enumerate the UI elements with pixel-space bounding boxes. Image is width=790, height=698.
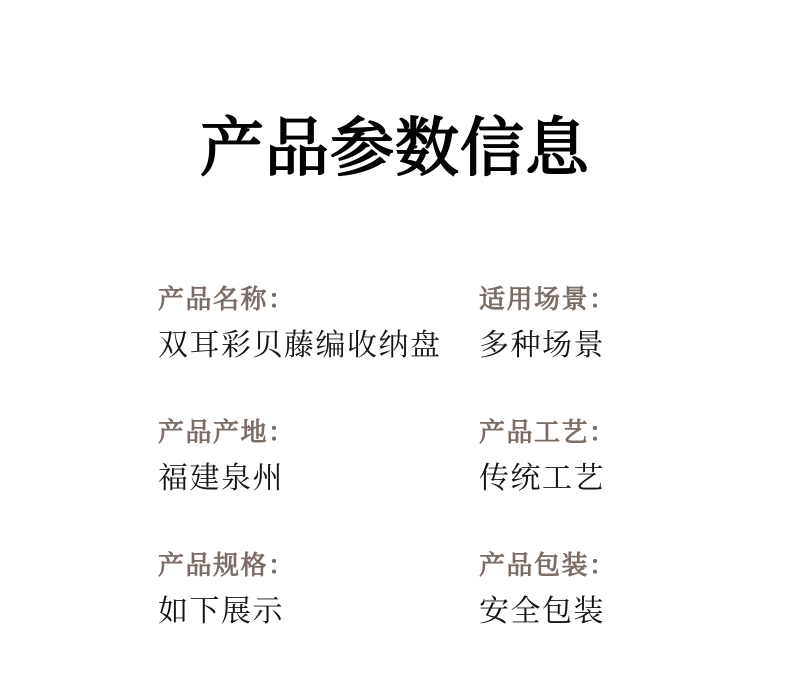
spec-label: 产品规格： [158,549,479,582]
spec-value: 如下展示 [158,594,479,630]
spec-value: 多种场景 [479,328,617,364]
spec-label: 产品名称： [158,283,479,316]
spec-label: 产品产地： [158,416,479,449]
spec-label: 适用场景： [479,283,617,316]
spec-item-origin: 产品产地： 福建泉州 [158,416,479,497]
page-title: 产品参数信息 [0,0,790,194]
specs-grid: 产品名称： 双耳彩贝藤编收纳盘 适用场景： 多种场景 产品产地： 福建泉州 产品… [158,283,617,630]
spec-value: 安全包装 [479,594,617,630]
spec-item-product-name: 产品名称： 双耳彩贝藤编收纳盘 [158,283,479,364]
spec-value: 传统工艺 [479,461,617,497]
spec-value: 福建泉州 [158,461,479,497]
spec-value: 双耳彩贝藤编收纳盘 [158,328,479,364]
product-parameters-page: 产品参数信息 产品名称： 双耳彩贝藤编收纳盘 适用场景： 多种场景 产品产地： … [0,0,790,698]
spec-label: 产品包装： [479,549,617,582]
spec-label: 产品工艺： [479,416,617,449]
spec-item-specification: 产品规格： 如下展示 [158,549,479,630]
spec-item-packaging: 产品包装： 安全包装 [479,549,617,630]
spec-item-craft: 产品工艺： 传统工艺 [479,416,617,497]
spec-item-use-scene: 适用场景： 多种场景 [479,283,617,364]
